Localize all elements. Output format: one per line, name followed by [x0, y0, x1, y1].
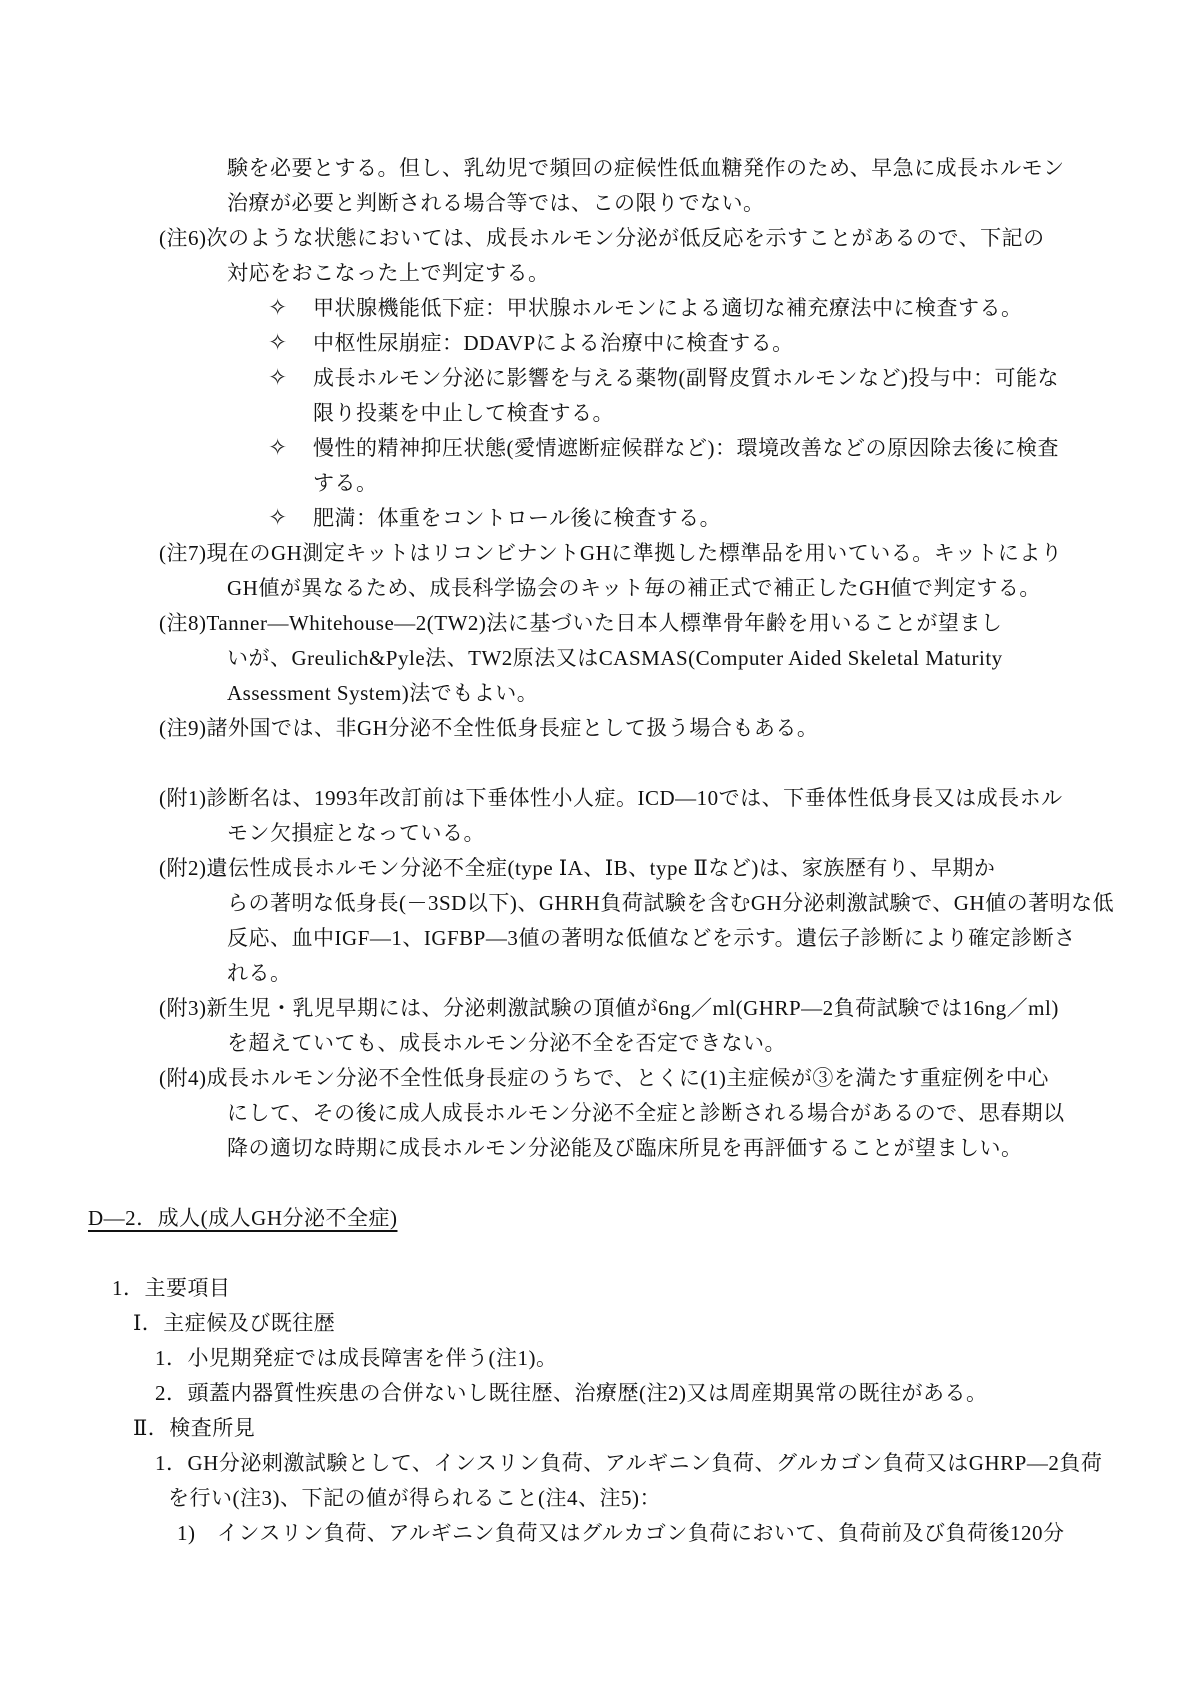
note7-line: (注7)現在のGH測定キットはリコンビナントGHに準拠した標準品を用いている。キ… [159, 536, 1181, 571]
note5-continuation-line: 験を必要とする。但し、乳幼児で頻回の症候性低血糖発作のため、早急に成長ホルモン [227, 151, 1181, 186]
blank-line [0, 1236, 1181, 1271]
note8-line: Assessment System)法でもよい。 [227, 676, 1181, 711]
section-heading-d2-text: D―2．成人(成人GH分泌不全症) [88, 1206, 397, 1230]
blank-line [0, 1166, 1181, 1201]
appendix1-line: モン欠損症となっている。 [227, 816, 1181, 851]
appendix2-line: らの著明な低身長(－3SD以下)、GHRH負荷試験を含むGH分泌刺激試験で、GH… [227, 886, 1181, 921]
appendix1-line: (附1)診断名は、1993年改訂前は下垂体性小人症。ICD―10では、下垂体性低… [159, 781, 1181, 816]
appendix2-line: れる。 [227, 956, 1181, 991]
note7-line: GH値が異なるため、成長科学協会のキット毎の補正式で補正したGH値で判定する。 [227, 571, 1181, 606]
diamond-bullet-icon: ✧ [268, 501, 313, 536]
note5-continuation-line: 治療が必要と判断される場合等では、この限りでない。 [227, 186, 1181, 221]
blank-line [0, 746, 1181, 781]
outline-roman2-sub1-item1: 1) インスリン負荷、アルギニン負荷又はグルカゴン負荷において、負荷前及び負荷後… [177, 1516, 1181, 1551]
bullet-item-continuation: する。 [313, 466, 1181, 501]
appendix2-line: (附2)遺伝性成長ホルモン分泌不全症(type ⅠA、ⅠB、type Ⅱなど)は… [159, 851, 1181, 886]
appendix2-line: 反応、血中IGF―1、IGFBP―3値の著明な低値などを示す。遺伝子診断により確… [227, 921, 1181, 956]
bullet-item: ✧中枢性尿崩症：DDAVPによる治療中に検査する。 [268, 326, 1181, 361]
diamond-bullet-icon: ✧ [268, 326, 313, 361]
bullet-item-text: 肥満：体重をコントロール後に検査する。 [313, 506, 721, 530]
bullet-item-text: 甲状腺機能低下症：甲状腺ホルモンによる適切な補充療法中に検査する。 [313, 296, 1023, 320]
document-body: 験を必要とする。但し、乳幼児で頻回の症候性低血糖発作のため、早急に成長ホルモン … [0, 151, 1181, 1551]
outline-item-1: 1．主要項目 [112, 1271, 1181, 1306]
outline-roman1-sub2: 2．頭蓋内器質性疾患の合併ないし既往歴、治療歴(注2)又は周産期異常の既往がある… [155, 1376, 1181, 1411]
bullet-item-text: 成長ホルモン分泌に影響を与える薬物(副腎皮質ホルモンなど)投与中：可能な [313, 366, 1059, 390]
diamond-bullet-icon: ✧ [268, 361, 313, 396]
appendix3-line: を超えていても、成長ホルモン分泌不全を否定できない。 [227, 1026, 1181, 1061]
outline-roman1-sub1: 1．小児期発症では成長障害を伴う(注1)。 [155, 1341, 1181, 1376]
outline-roman2: Ⅱ．検査所見 [133, 1411, 1181, 1446]
bullet-item: ✧成長ホルモン分泌に影響を与える薬物(副腎皮質ホルモンなど)投与中：可能な [268, 361, 1181, 396]
bullet-item-continuation: 限り投薬を中止して検査する。 [313, 396, 1181, 431]
bullet-item: ✧慢性的精神抑圧状態(愛情遮断症候群など)：環境改善などの原因除去後に検査 [268, 431, 1181, 466]
note6-line: (注6)次のような状態においては、成長ホルモン分泌が低反応を示すことがあるので、… [159, 221, 1181, 256]
bullet-item: ✧肥満：体重をコントロール後に検査する。 [268, 501, 1181, 536]
appendix4-line: にして、その後に成人成長ホルモン分泌不全症と診断される場合があるので、思春期以 [227, 1096, 1181, 1131]
appendix3-line: (附3)新生児・乳児早期には、分泌刺激試験の頂値が6ng／ml(GHRP―2負荷… [159, 991, 1181, 1026]
bullet-item: ✧甲状腺機能低下症：甲状腺ホルモンによる適切な補充療法中に検査する。 [268, 291, 1181, 326]
note6-line: 対応をおこなった上で判定する。 [227, 256, 1181, 291]
bullet-item-text: 慢性的精神抑圧状態(愛情遮断症候群など)：環境改善などの原因除去後に検査 [313, 436, 1059, 460]
outline-roman1: Ⅰ．主症候及び既往歴 [133, 1306, 1181, 1341]
outline-roman2-sub1-continuation: を行い(注3)、下記の値が得られること(注4、注5)： [168, 1481, 1181, 1516]
bullet-item-text: 中枢性尿崩症：DDAVPによる治療中に検査する。 [313, 331, 794, 355]
note8-line: (注8)Tanner―Whitehouse―2(TW2)法に基づいた日本人標準骨… [159, 606, 1181, 641]
outline-roman2-sub1: 1．GH分泌刺激試験として、インスリン負荷、アルギニン負荷、グルカゴン負荷又はG… [155, 1446, 1181, 1481]
diamond-bullet-icon: ✧ [268, 291, 313, 326]
note8-line: いが、Greulich&Pyle法、TW2原法又はCASMAS(Computer… [227, 641, 1181, 676]
document-page: 験を必要とする。但し、乳幼児で頻回の症候性低血糖発作のため、早急に成長ホルモン … [0, 0, 1181, 1695]
note9-line: (注9)諸外国では、非GH分泌不全性低身長症として扱う場合もある。 [159, 711, 1181, 746]
appendix4-line: 降の適切な時期に成長ホルモン分泌能及び臨床所見を再評価することが望ましい。 [227, 1131, 1181, 1166]
diamond-bullet-icon: ✧ [268, 431, 313, 466]
section-heading-d2: D―2．成人(成人GH分泌不全症) [88, 1201, 1181, 1236]
appendix4-line: (附4)成長ホルモン分泌不全性低身長症のうちで、とくに(1)主症候が③を満たす重… [159, 1061, 1181, 1096]
